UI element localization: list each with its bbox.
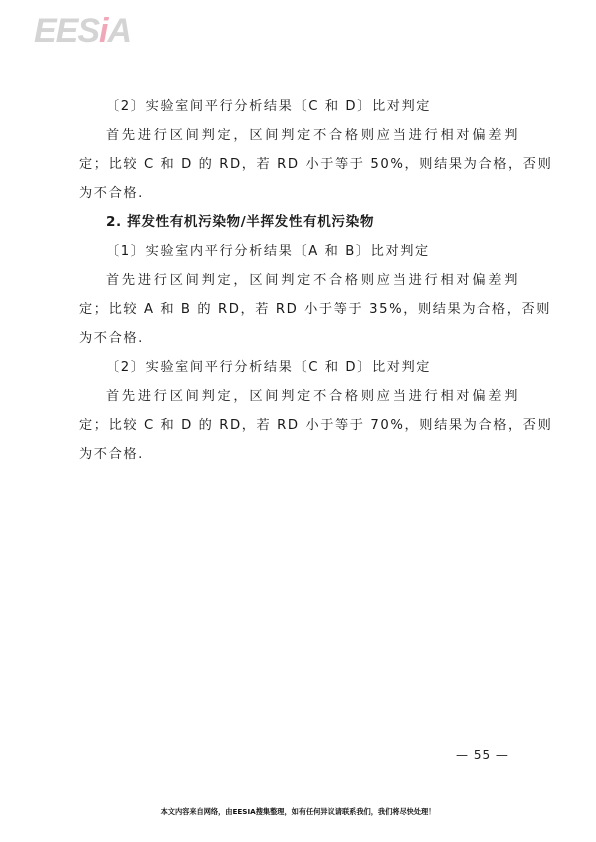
paragraph-line: 首先进行区间判定，区间判定不合格则应当进行相对偏差判	[79, 382, 519, 411]
section-heading-voc-svoc: 2. 挥发性有机污染物/半挥发性有机污染物	[79, 208, 519, 237]
paragraph-line: 首先进行区间判定，区间判定不合格则应当进行相对偏差判	[79, 121, 519, 150]
paragraph-line: 定；比较 C 和 D 的 RD，若 RD 小于等于 70%，则结果为合格，否则	[79, 411, 519, 440]
paragraph-line: 为不合格.	[79, 440, 519, 469]
paragraph-line: 定；比较 C 和 D 的 RD，若 RD 小于等于 50%，则结果为合格，否则	[79, 150, 519, 179]
eesia-logo: EESiA	[34, 12, 131, 51]
footer-disclaimer: 本文内容来自网络，由EESIA搜集整理，如有任何异议请联系我们，我们将尽快处理！	[0, 807, 596, 817]
logo-text: EESiA	[34, 12, 131, 50]
subheading-lab-intra-ab: 〔1〕实验室内平行分析结果〔A 和 B〕比对判定	[79, 237, 519, 266]
paragraph-line: 首先进行区间判定，区间判定不合格则应当进行相对偏差判	[79, 266, 519, 295]
paragraph-line: 为不合格.	[79, 179, 519, 208]
paragraph-line: 定；比较 A 和 B 的 RD，若 RD 小于等于 35%，则结果为合格，否则	[79, 295, 519, 324]
subheading-lab-inter-cd-2: 〔2〕实验室间平行分析结果〔C 和 D〕比对判定	[79, 353, 519, 382]
page-number: — 55 —	[456, 748, 509, 762]
subheading-lab-inter-cd: 〔2〕实验室间平行分析结果〔C 和 D〕比对判定	[79, 92, 519, 121]
paragraph-line: 为不合格.	[79, 324, 519, 353]
document-body: 〔2〕实验室间平行分析结果〔C 和 D〕比对判定 首先进行区间判定，区间判定不合…	[79, 92, 519, 469]
